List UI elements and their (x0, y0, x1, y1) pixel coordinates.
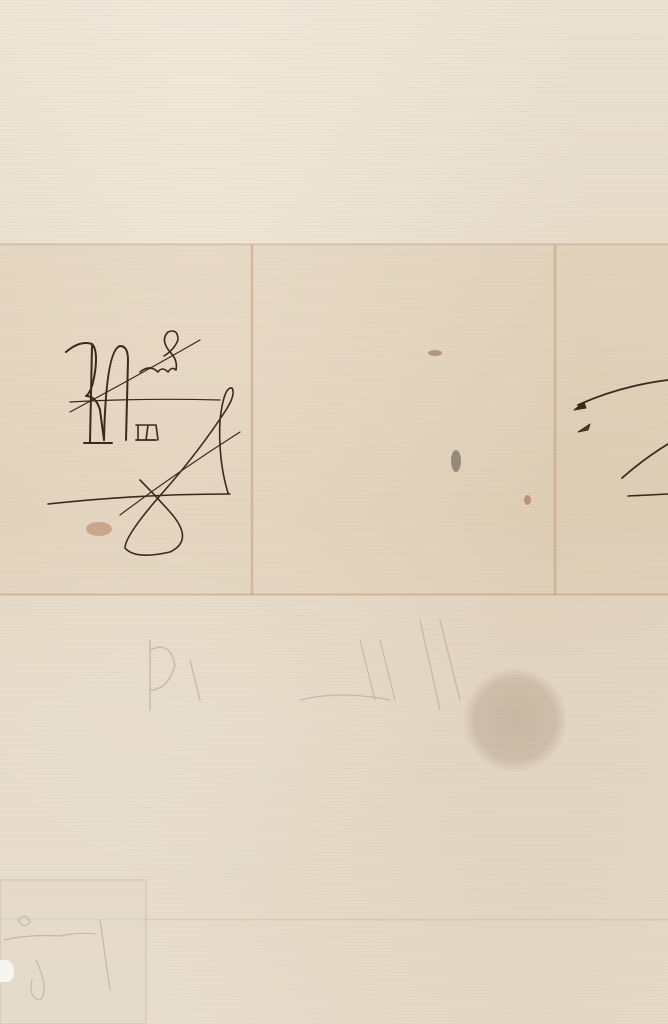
paper-tear (0, 960, 14, 982)
paper-patch (0, 880, 146, 1024)
right-edge-ink-stroke (578, 380, 668, 405)
signature-letter-r (66, 343, 104, 440)
signature-superscript (140, 331, 178, 372)
bleed-through-writing (150, 640, 200, 710)
document-sheet: R ei (0, 0, 668, 1024)
signature-letter-a (104, 346, 128, 440)
signature-rubric (48, 388, 233, 555)
ink-layer (0, 0, 668, 1024)
